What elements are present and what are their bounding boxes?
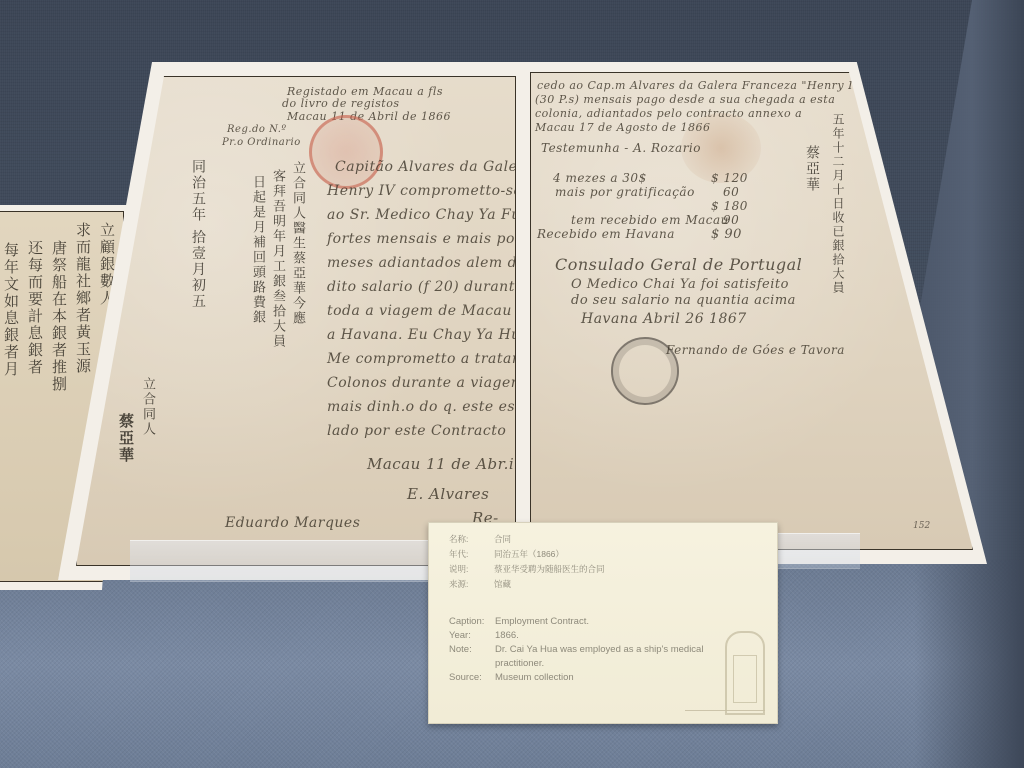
- cn-contract-column: 日起是月補回頭路費銀: [249, 175, 266, 325]
- museum-display-case: 立顧銀數人 求而龍社鄉者黃玉源 唐祭船在本銀者推捌 还每而要計息銀者 每年文如息…: [0, 0, 1024, 768]
- label-row-note-cont: practitioner.: [449, 658, 544, 669]
- acrylic-stand: [130, 540, 440, 582]
- label-key: Year:: [449, 630, 495, 641]
- ledger-label: Recebido em Havana: [537, 227, 675, 241]
- margin-line: Reg.do N.º: [227, 124, 287, 135]
- floor-shadow: [914, 560, 1024, 768]
- label-row-note: Note: Dr. Cai Ya Hua was employed as a s…: [449, 644, 703, 655]
- margin-line: Pr.o Ordinario: [222, 137, 301, 148]
- body-line: Colonos durante a viagem: [327, 375, 525, 391]
- consulate-line: do seu salario na quantia acima: [571, 293, 796, 308]
- cn-contract-column: 客拜吾明年月工銀叁拾大員: [269, 169, 286, 349]
- ledger-label: 4 mezes a 30$: [553, 171, 647, 185]
- label-key: 年代:: [449, 548, 494, 560]
- label-key: Caption:: [449, 616, 495, 627]
- header-line: do livro de registos: [282, 97, 400, 110]
- label-key: 说明:: [449, 563, 494, 575]
- cn-name: 蔡亞華: [803, 145, 820, 193]
- consulate-line: Havana Abril 26 1867: [581, 311, 747, 327]
- label-row-era: 年代: 同治五年（1866）: [449, 548, 564, 560]
- signatory-label: 立合同人: [139, 377, 156, 437]
- signature: E. Alvares: [407, 485, 489, 503]
- pencil-note: 152: [913, 521, 930, 531]
- label-key: 来源:: [449, 578, 494, 590]
- header-line: Macau 17 de Agosto de 1866: [535, 121, 711, 134]
- ledger-amount: $ 90: [711, 227, 742, 242]
- label-row-name: 名称: 合同: [449, 533, 511, 545]
- exhibit-label: 名称: 合同 年代: 同治五年（1866） 说明: 蔡亚华受聘为随船医生的合同 …: [428, 522, 778, 724]
- body-line: a Havana. Eu Chay Ya Hua: [327, 327, 530, 343]
- signature: Eduardo Marques: [225, 515, 360, 531]
- body-line: mais dinh.o do q. este estipu-: [327, 399, 550, 415]
- cn-column: 求而龍社鄉者黃玉源: [74, 222, 91, 375]
- header-line: colonia, adiantados pelo contracto annex…: [535, 107, 802, 120]
- consul-signature: Fernando de Góes e Tavora: [666, 343, 845, 357]
- label-key: [449, 658, 495, 669]
- cn-column: 唐祭船在本銀者推捌: [50, 240, 67, 393]
- header-line: (30 P.s) mensais pago desde a sua chegad…: [535, 93, 835, 106]
- label-value: 同治五年（1866）: [494, 548, 564, 560]
- consulate-line: O Medico Chai Ya foi satisfeito: [571, 277, 789, 292]
- label-key: 名称:: [449, 533, 494, 545]
- body-line: dito salario (f 20) durante: [327, 279, 524, 295]
- label-row-caption: Caption: Employment Contract.: [449, 616, 589, 627]
- label-row-year: Year: 1866.: [449, 630, 519, 641]
- body-line: Capitão Alvares da Galera: [335, 159, 533, 175]
- body-line: meses adiantados alem do: [327, 255, 526, 271]
- ledger-amount: 90: [723, 213, 739, 227]
- cn-receipt-column: 五年十二月十日收已銀拾大員: [831, 113, 844, 295]
- signatory-name: 蔡亞華: [117, 413, 134, 464]
- ledger-label: mais por gratificação: [555, 185, 695, 199]
- label-value: Employment Contract.: [495, 616, 589, 627]
- cn-column: 每年文如息銀者月: [2, 242, 19, 378]
- label-key: Source:: [449, 672, 495, 683]
- label-value: Dr. Cai Ya Hua was employed as a ship's …: [495, 644, 703, 655]
- cn-contract-column: 立合同人醫生蔡亞華今應: [289, 161, 306, 326]
- header-line: Macau 11 de Abril de 1866: [287, 110, 451, 123]
- body-line: lado por este Contracto: [327, 423, 506, 439]
- ornament-window-icon: [725, 631, 765, 715]
- label-value: 1866.: [495, 630, 519, 641]
- red-seal-icon: [309, 115, 383, 189]
- label-value: Museum collection: [495, 672, 574, 683]
- consulate-line: Consulado Geral de Portugal: [555, 255, 802, 274]
- label-key: Note:: [449, 644, 495, 655]
- label-value: 蔡亚华受聘为随船医生的合同: [494, 563, 605, 575]
- cn-column: 还每而要計息銀者: [26, 240, 43, 376]
- paper-sheet: Registado em Macau a fls do livro de reg…: [76, 76, 516, 566]
- ledger-amount: $ 120: [711, 171, 748, 185]
- ornament-line: [685, 710, 765, 711]
- witness-line: Testemunha - A. Rozario: [541, 141, 701, 155]
- label-row-source: 来源: 馆藏: [449, 578, 511, 590]
- label-value: practitioner.: [495, 658, 544, 669]
- ledger-label: tem recebido em Macau: [571, 213, 729, 227]
- ledger-amount: $ 180: [711, 199, 748, 213]
- date-column: 同治五年 拾壹月初五: [189, 159, 206, 309]
- body-line: toda a viagem de Macau: [327, 303, 512, 319]
- label-value: 合同: [494, 533, 511, 545]
- ledger-amount: 60: [723, 185, 739, 199]
- label-row-description: 说明: 蔡亚华受聘为随船医生的合同: [449, 563, 605, 575]
- header-line: cedo ao Cap.m Alvares da Galera Franceza…: [537, 79, 867, 92]
- label-value: 馆藏: [494, 578, 511, 590]
- label-row-source-en: Source: Museum collection: [449, 672, 574, 683]
